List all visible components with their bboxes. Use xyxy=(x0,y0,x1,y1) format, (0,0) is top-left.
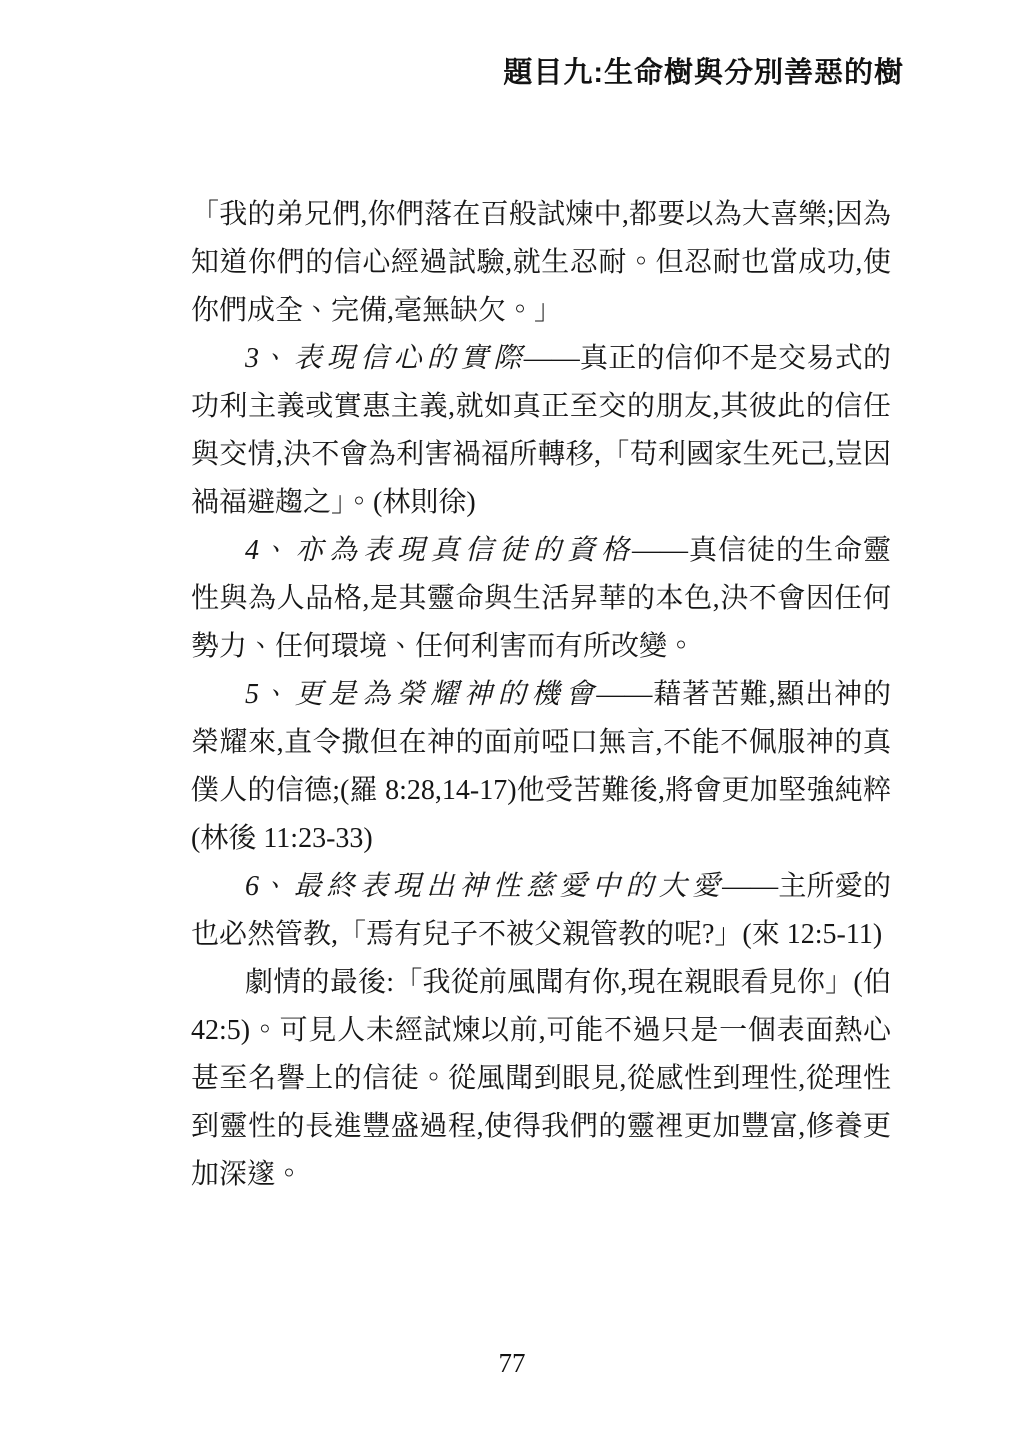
em-dash: —— xyxy=(524,343,580,374)
paragraph-text: 「我的弟兄們,你們落在百般試煉中,都要以為大喜樂;因為知道你們的信心經過試驗,就… xyxy=(191,199,891,326)
body-text: 「我的弟兄們,你們落在百般試煉中,都要以為大喜樂;因為知道你們的信心經過試驗,就… xyxy=(191,191,891,1199)
paragraph-item-3: 3、表現信心的實際——真正的信仰不是交易式的功利主義或實惠主義,就如真正至交的朋… xyxy=(191,335,891,527)
item-heading: 亦為表現真信徒的資格 xyxy=(295,535,635,566)
item-number: 3、 xyxy=(245,343,288,374)
item-heading: 更是為榮耀神的機會 xyxy=(295,679,600,710)
em-dash: —— xyxy=(596,679,652,710)
document-page: 題目九:生命樹與分別善惡的樹 「我的弟兄們,你們落在百般試煉中,都要以為大喜樂;… xyxy=(0,0,1024,1453)
paragraph-item-5: 5、更是為榮耀神的機會——藉著苦難,顯出神的榮耀來,直令撒但在神的面前啞口無言,… xyxy=(191,671,891,863)
paragraph-text: 劇情的最後:「我從前風聞有你,現在親眼看見你」(伯 42:5)。可見人未經試煉以… xyxy=(191,967,891,1190)
paragraph-quote: 「我的弟兄們,你們落在百般試煉中,都要以為大喜樂;因為知道你們的信心經過試驗,就… xyxy=(191,191,891,335)
em-dash: —— xyxy=(632,535,688,566)
paragraph-item-4: 4、亦為表現真信徒的資格——真信徒的生命靈性與為人品格,是其靈命與生活昇華的本色… xyxy=(191,527,891,671)
em-dash: —— xyxy=(722,871,778,902)
paragraph-closing: 劇情的最後:「我從前風聞有你,現在親眼看見你」(伯 42:5)。可見人未經試煉以… xyxy=(191,959,891,1199)
running-head-title: 題目九:生命樹與分別善惡的樹 xyxy=(104,50,904,91)
item-heading: 表現信心的實際 xyxy=(294,343,527,374)
page-number: 77 xyxy=(0,1348,1024,1379)
paragraph-item-6: 6、最終表現出神性慈愛中的大愛——主所愛的也必然管教,「焉有兒子不被父親管教的呢… xyxy=(191,863,891,959)
item-number: 4、 xyxy=(245,535,289,566)
item-number: 6、 xyxy=(245,871,287,902)
item-number: 5、 xyxy=(245,679,289,710)
item-heading: 最終表現出神性慈愛中的大愛 xyxy=(293,871,725,902)
